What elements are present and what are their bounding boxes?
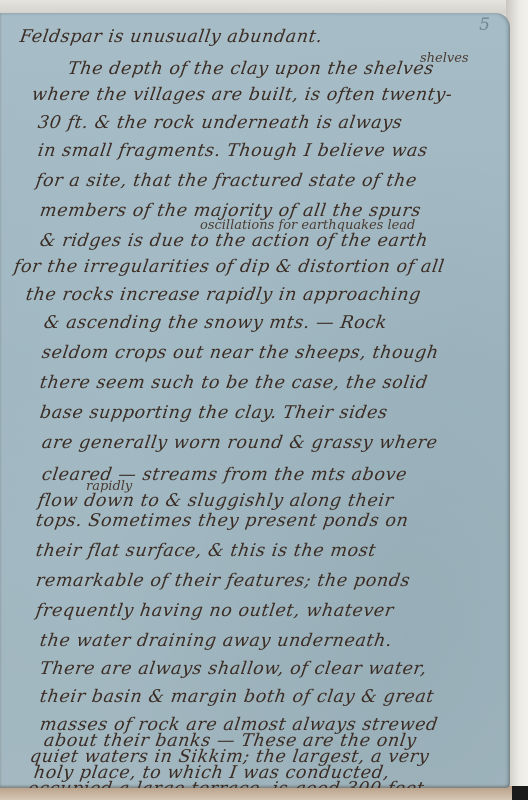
manuscript-page: 5 Feldspar is unusually abundant. shelve… (0, 13, 510, 788)
manuscript-line: for the irregularities of dip & distorti… (13, 257, 446, 277)
scan-corner-shadow (512, 786, 528, 800)
manuscript-line: their flat surface, & this is the most (35, 541, 378, 561)
manuscript-line: flow down to & sluggishly along their (37, 491, 395, 511)
manuscript-line: base supporting the clay. Their sides (39, 403, 389, 423)
manuscript-line: frequently having no outlet, whatever (35, 601, 396, 621)
page-number: 5 (479, 15, 490, 35)
manuscript-line: tops. Sometimes they present ponds on (35, 511, 410, 531)
manuscript-line: the rocks increase rapidly in approachin… (25, 285, 423, 305)
manuscript-line: & ridges is due to the action of the ear… (39, 231, 430, 251)
manuscript-line: there seem such to be the case, the soli… (39, 373, 429, 393)
manuscript-line: Feldspar is unusually abundant. (19, 27, 324, 47)
manuscript-line: seldom crops out near the sheeps, though (41, 343, 441, 363)
manuscript-line: in small fragments. Though I believe was (37, 141, 429, 161)
manuscript-line: There are always shallow, of clear water… (39, 659, 429, 679)
scan-backdrop-bottom (0, 786, 528, 800)
manuscript-line: for a site, that the fractured state of … (35, 171, 419, 191)
manuscript-line: where the villages are built, is often t… (31, 85, 454, 105)
manuscript-line: 30 ft. & the rock underneath is always (37, 113, 404, 133)
manuscript-line: The depth of the clay upon the shelves (67, 59, 436, 79)
manuscript-line: occupied a large terrace, is good 300 fe… (27, 779, 426, 788)
scan-backdrop-top (0, 0, 528, 14)
manuscript-line: are generally worn round & grassy where (41, 433, 439, 453)
manuscript-line: the water draining away underneath. (39, 631, 394, 651)
manuscript-line: remarkable of their features; the ponds (35, 571, 412, 591)
manuscript-line: their basin & margin both of clay & grea… (39, 687, 436, 707)
manuscript-line: & ascending the snowy mts. — Rock (43, 313, 389, 333)
